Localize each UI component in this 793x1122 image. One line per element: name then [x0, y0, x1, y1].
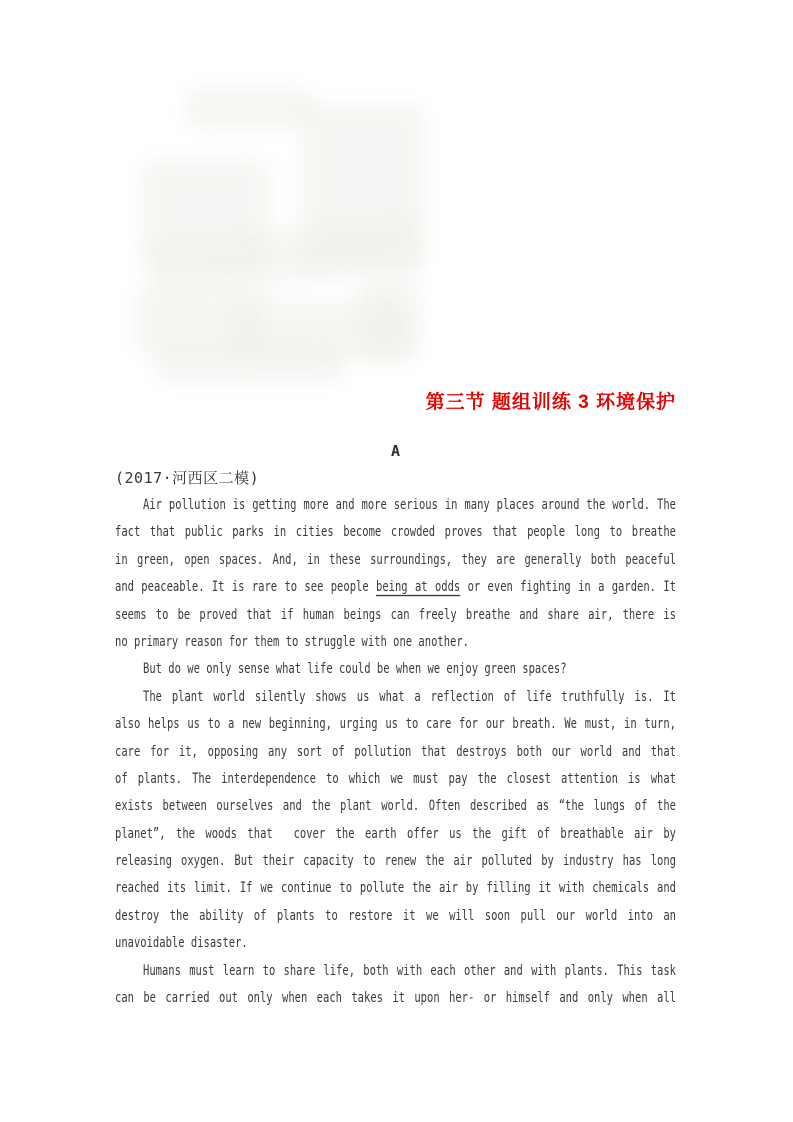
text-segment: Humans must learn to share life, both wi…: [143, 962, 676, 978]
text-segment: The plant world silently shows us what a…: [143, 688, 676, 704]
text-line: can be carried out only when each takes …: [115, 980, 676, 1017]
underlined-phrase: being at odds: [376, 579, 460, 595]
watermark-blob: [230, 300, 410, 360]
text-segment: exists between ourselves and the plant w…: [115, 798, 676, 814]
watermark-blob: [135, 285, 265, 355]
text-segment: care for it, opposing any sort of pollut…: [115, 743, 676, 759]
watermark-blob: [185, 88, 315, 128]
text-segment: also helps us to a new beginning, urging…: [115, 716, 676, 732]
text-segment: seems to be proved that if human beings …: [115, 606, 676, 622]
passage: Air pollution is getting more and more s…: [115, 492, 676, 1012]
watermark-blob: [148, 214, 422, 297]
watermark-blob: [155, 340, 345, 382]
watermark-blob: [300, 105, 425, 270]
text-segment: or even fighting in a garden. It: [460, 579, 676, 595]
text-segment: in green, open spaces. And, in these sur…: [115, 551, 676, 567]
text-segment: unavoidable disaster.: [115, 935, 248, 951]
text-segment: But do we only sense what life could be …: [143, 661, 567, 677]
watermark: [0, 0, 793, 420]
text-segment: can be carried out only when each takes …: [115, 990, 676, 1006]
source-label: (2017·河西区二模): [115, 467, 259, 489]
text-segment: reached its limit. If we continue to pol…: [115, 880, 676, 896]
text-segment: Air pollution is getting more and more s…: [143, 497, 676, 513]
text-segment: destroy the ability of plants to restore…: [115, 908, 676, 924]
text-segment: fact that public parks in cities become …: [115, 524, 676, 540]
watermark-blob: [358, 278, 420, 360]
watermark-blob: [140, 160, 270, 270]
section-label: A: [115, 441, 676, 461]
text-segment: planet”, the woods that cover the earth …: [115, 825, 676, 841]
text-segment: of plants. The interdependence to which …: [115, 771, 676, 787]
page-title: 第三节 题组训练 3 环境保护: [115, 390, 676, 416]
text-segment: and peaceable. It is rare to see people: [115, 579, 376, 595]
text-segment: releasing oxygen. But their capacity to …: [115, 853, 676, 869]
text-segment: no primary reason for them to struggle w…: [115, 634, 469, 650]
document-page: 第三节 题组训练 3 环境保护 A (2017·河西区二模) Air pollu…: [0, 0, 793, 1122]
